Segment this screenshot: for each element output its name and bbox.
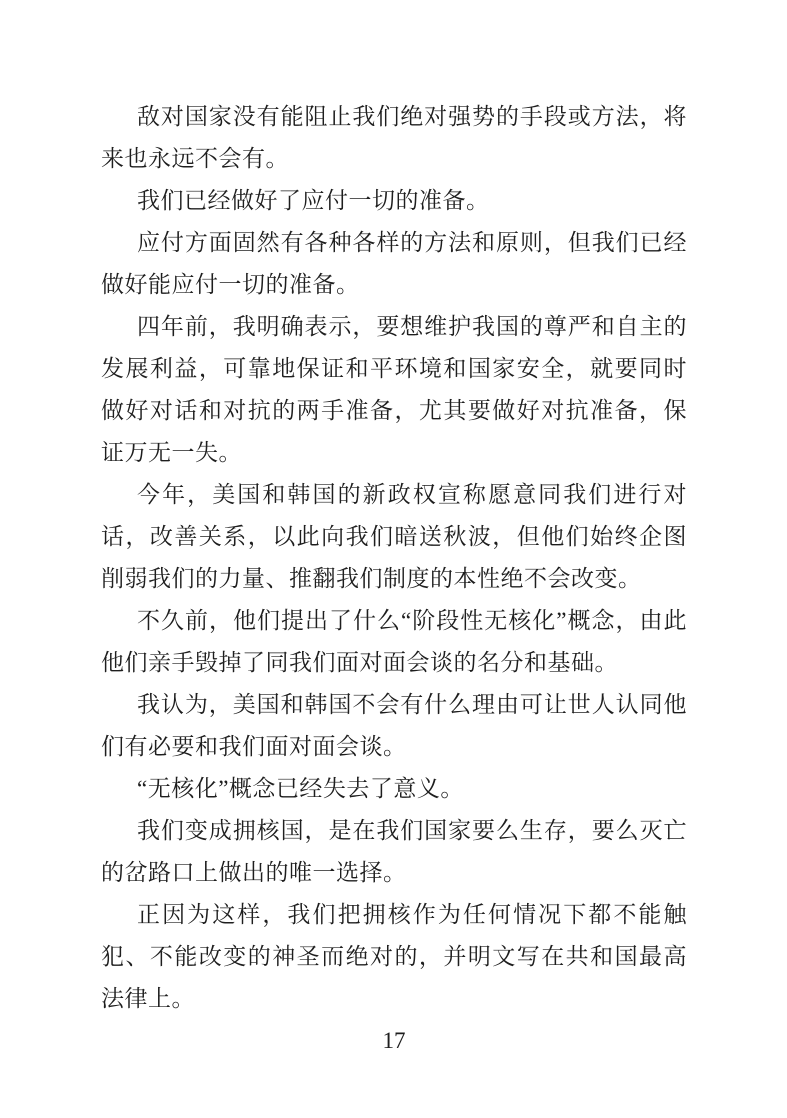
paragraph: 敌对国家没有能阻止我们绝对强势的手段或方法，将来也永远不会有。 [101, 96, 687, 180]
paragraph: 正因为这样，我们把拥核作为任何情况下都不能触犯、不能改变的神圣而绝对的，并明文写… [101, 894, 687, 1020]
page-number: 17 [101, 1020, 687, 1062]
paragraph: “无核化”概念已经失去了意义。 [101, 768, 687, 810]
paragraph: 我们已经做好了应付一切的准备。 [101, 180, 687, 222]
paragraph: 我们变成拥核国，是在我们国家要么生存，要么灭亡的岔路口上做出的唯一选择。 [101, 810, 687, 894]
paragraph: 应付方面固然有各种各样的方法和原则，但我们已经做好能应付一切的准备。 [101, 222, 687, 306]
document-page: 敌对国家没有能阻止我们绝对强势的手段或方法，将来也永远不会有。 我们已经做好了应… [0, 0, 787, 1118]
paragraph: 不久前，他们提出了什么“阶段性无核化”概念，由此他们亲手毁掉了同我们面对面会谈的… [101, 600, 687, 684]
paragraph: 四年前，我明确表示，要想维护我国的尊严和自主的发展利益，可靠地保证和平环境和国家… [101, 306, 687, 474]
paragraph: 今年，美国和韩国的新政权宣称愿意同我们进行对话，改善关系，以此向我们暗送秋波，但… [101, 474, 687, 600]
paragraph: 我认为，美国和韩国不会有什么理由可让世人认同他们有必要和我们面对面会谈。 [101, 684, 687, 768]
